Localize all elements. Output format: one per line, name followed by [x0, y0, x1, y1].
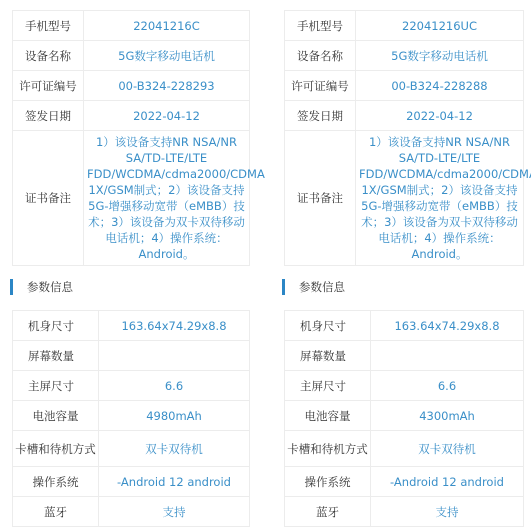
param-label: 蓝牙	[13, 497, 99, 527]
cert-label: 证书备注	[13, 131, 84, 266]
param-value-sim: 双卡双待机	[371, 431, 524, 467]
section-header: 参数信息	[12, 266, 250, 310]
cert-label: 签发日期	[285, 101, 356, 131]
param-label: 卡槽和待机方式	[13, 431, 99, 467]
params-table: 机身尺寸163.64x74.29x8.8 屏幕数量 主屏尺寸6.6 电池容量49…	[12, 310, 250, 527]
param-label: 蓝牙	[285, 497, 371, 527]
param-label: 操作系统	[13, 467, 99, 497]
param-label: 操作系统	[285, 467, 371, 497]
param-value-dimensions: 163.64x74.29x8.8	[99, 311, 250, 341]
cert-value-model: 22041216UC	[356, 11, 524, 41]
cert-value-date: 2022-04-12	[356, 101, 524, 131]
param-label: 机身尺寸	[285, 311, 371, 341]
certificate-table: 手机型号22041216C 设备名称5G数字移动电话机 许可证编号00-B324…	[12, 10, 250, 266]
param-value-os: -Android 12 android	[371, 467, 524, 497]
section-title: 参数信息	[27, 279, 73, 295]
section-accent-bar	[282, 279, 285, 295]
cert-value-remarks: 1）该设备支持NR NSA/NR SA/TD-LTE/LTE FDD/WCDMA…	[84, 131, 250, 266]
param-value-dimensions: 163.64x74.29x8.8	[371, 311, 524, 341]
param-label: 机身尺寸	[13, 311, 99, 341]
param-value-sim: 双卡双待机	[99, 431, 250, 467]
param-label: 电池容量	[13, 401, 99, 431]
cert-label: 证书备注	[285, 131, 356, 266]
param-label: 电池容量	[285, 401, 371, 431]
cert-label: 手机型号	[13, 11, 84, 41]
param-value-battery: 4300mAh	[371, 401, 524, 431]
param-label: 屏幕数量	[285, 341, 371, 371]
device-panel-right: 手机型号22041216UC 设备名称5G数字移动电话机 许可证编号00-B32…	[284, 0, 524, 527]
param-value-screen-size: 6.6	[371, 371, 524, 401]
cert-value-model: 22041216C	[84, 11, 250, 41]
param-value-bluetooth: 支持	[371, 497, 524, 527]
cert-label: 设备名称	[13, 41, 84, 71]
param-value-battery: 4980mAh	[99, 401, 250, 431]
cert-value-device-name: 5G数字移动电话机	[356, 41, 524, 71]
cert-label: 设备名称	[285, 41, 356, 71]
param-value-screen-size: 6.6	[99, 371, 250, 401]
cert-label: 许可证编号	[285, 71, 356, 101]
cert-label: 手机型号	[285, 11, 356, 41]
cert-value-license: 00-B324-228293	[84, 71, 250, 101]
param-value-os: -Android 12 android	[99, 467, 250, 497]
section-title: 参数信息	[299, 279, 345, 295]
param-label: 主屏尺寸	[13, 371, 99, 401]
param-value-screen-count	[371, 341, 524, 371]
param-label: 屏幕数量	[13, 341, 99, 371]
section-header: 参数信息	[284, 266, 524, 310]
section-accent-bar	[10, 279, 13, 295]
cert-value-remarks: 1）该设备支持NR NSA/NR SA/TD-LTE/LTE FDD/WCDMA…	[356, 131, 524, 266]
cert-label: 签发日期	[13, 101, 84, 131]
params-table: 机身尺寸163.64x74.29x8.8 屏幕数量 主屏尺寸6.6 电池容量43…	[284, 310, 524, 527]
cert-value-device-name: 5G数字移动电话机	[84, 41, 250, 71]
param-value-bluetooth: 支持	[99, 497, 250, 527]
cert-value-date: 2022-04-12	[84, 101, 250, 131]
param-label: 主屏尺寸	[285, 371, 371, 401]
cert-value-license: 00-B324-228288	[356, 71, 524, 101]
cert-label: 许可证编号	[13, 71, 84, 101]
param-label: 卡槽和待机方式	[285, 431, 371, 467]
device-panel-left: 手机型号22041216C 设备名称5G数字移动电话机 许可证编号00-B324…	[12, 0, 250, 527]
param-value-screen-count	[99, 341, 250, 371]
certificate-table: 手机型号22041216UC 设备名称5G数字移动电话机 许可证编号00-B32…	[284, 10, 524, 266]
